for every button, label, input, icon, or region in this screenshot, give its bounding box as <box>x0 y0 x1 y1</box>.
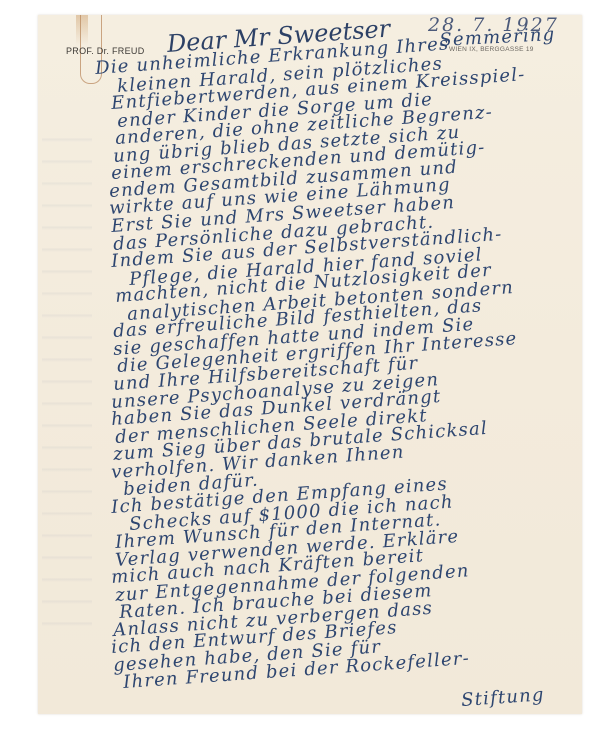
bleed-through-ink <box>42 120 92 640</box>
